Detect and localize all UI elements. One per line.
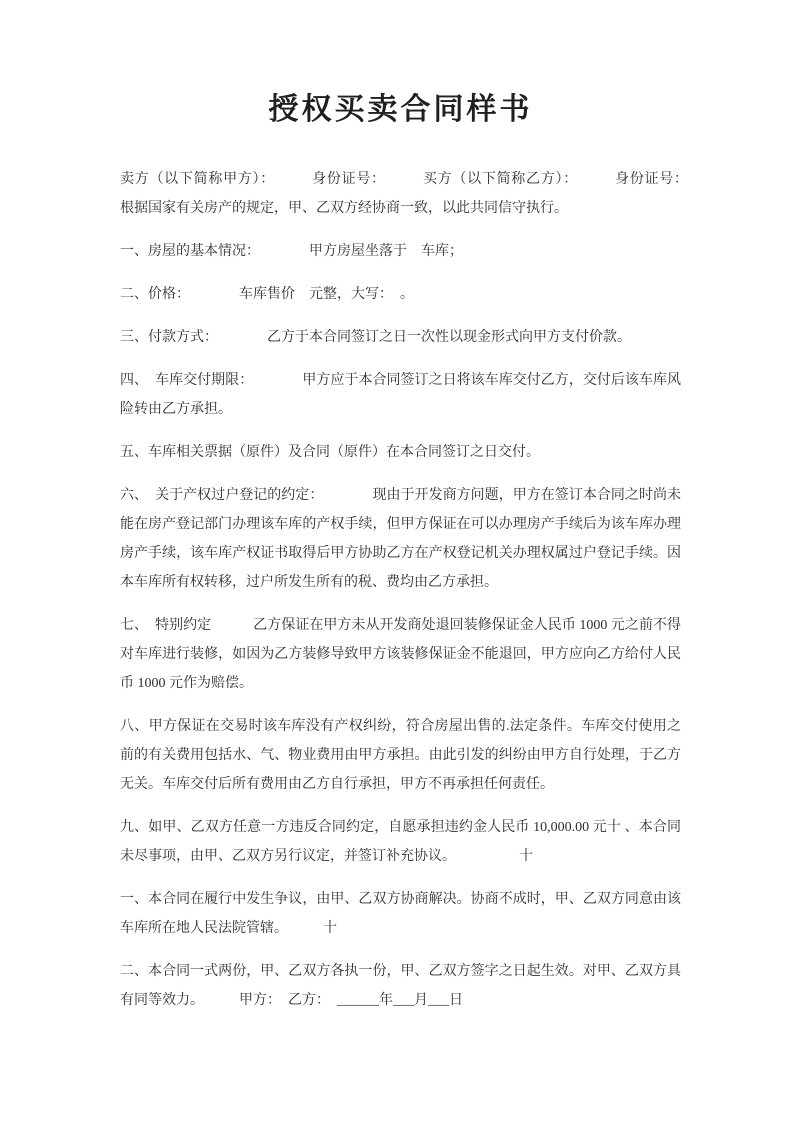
clause-3-payment-method: 三、付款方式： 乙方于本合同签订之日一次性以现金形式向甲方支付价款。 bbox=[120, 323, 681, 352]
clause-8-no-dispute-guarantee: 八、甲方保证在交易时该车库没有产权纠纷，符合房屋出售的.法定条件。车库交付使用之… bbox=[120, 712, 681, 799]
clause-6-ownership-transfer-registration: 六、 关于产权过户登记的约定： 现由于开发商方问题，甲方在签订本合同之时尚未能在… bbox=[120, 481, 681, 597]
clause-11-dispute-resolution: 一、本合同在履行中发生争议，由甲、乙双方协商解决。协商不成时，甲、乙双方同意由该… bbox=[120, 885, 681, 943]
clause-2-price: 二、价格： 车库售价 元整，大写： 。 bbox=[120, 280, 681, 309]
clause-12-copies-and-signatures: 二、本合同一式两份，甲、乙双方各执一份，甲、乙双方签字之日起生效。对甲、乙双方具… bbox=[120, 957, 681, 1015]
paragraph-parties-intro: 卖方（以下简称甲方）： 身份证号： 买方（以下简称乙方）： 身份证号： 根据国家… bbox=[120, 165, 681, 223]
document-title: 授权买卖合同样书 bbox=[120, 88, 681, 132]
clause-1-house-basic-info: 一、房屋的基本情况： 甲方房屋坐落于 车库； bbox=[120, 237, 681, 266]
contract-document-page: 授权买卖合同样书 卖方（以下简称甲方）： 身份证号： 买方（以下简称乙方）： 身… bbox=[0, 0, 793, 1122]
clause-7-special-agreement: 七、 特别约定 乙方保证在甲方未从开发商处退回装修保证金人民币 1000 元之前… bbox=[120, 611, 681, 698]
clause-4-delivery-deadline: 四、 车库交付期限： 甲方应于本合同签订之日将该车库交付乙方，交付后该车库风险转… bbox=[120, 366, 681, 424]
clause-5-receipts-delivery: 五、车库相关票据（原件）及合同（原件）在本合同签订之日交付。 bbox=[120, 438, 681, 467]
clause-9-10-breach-and-supplement: 九、如甲、乙双方任意一方违反合同约定，自愿承担违约金人民币 10,000.00 … bbox=[120, 813, 681, 871]
